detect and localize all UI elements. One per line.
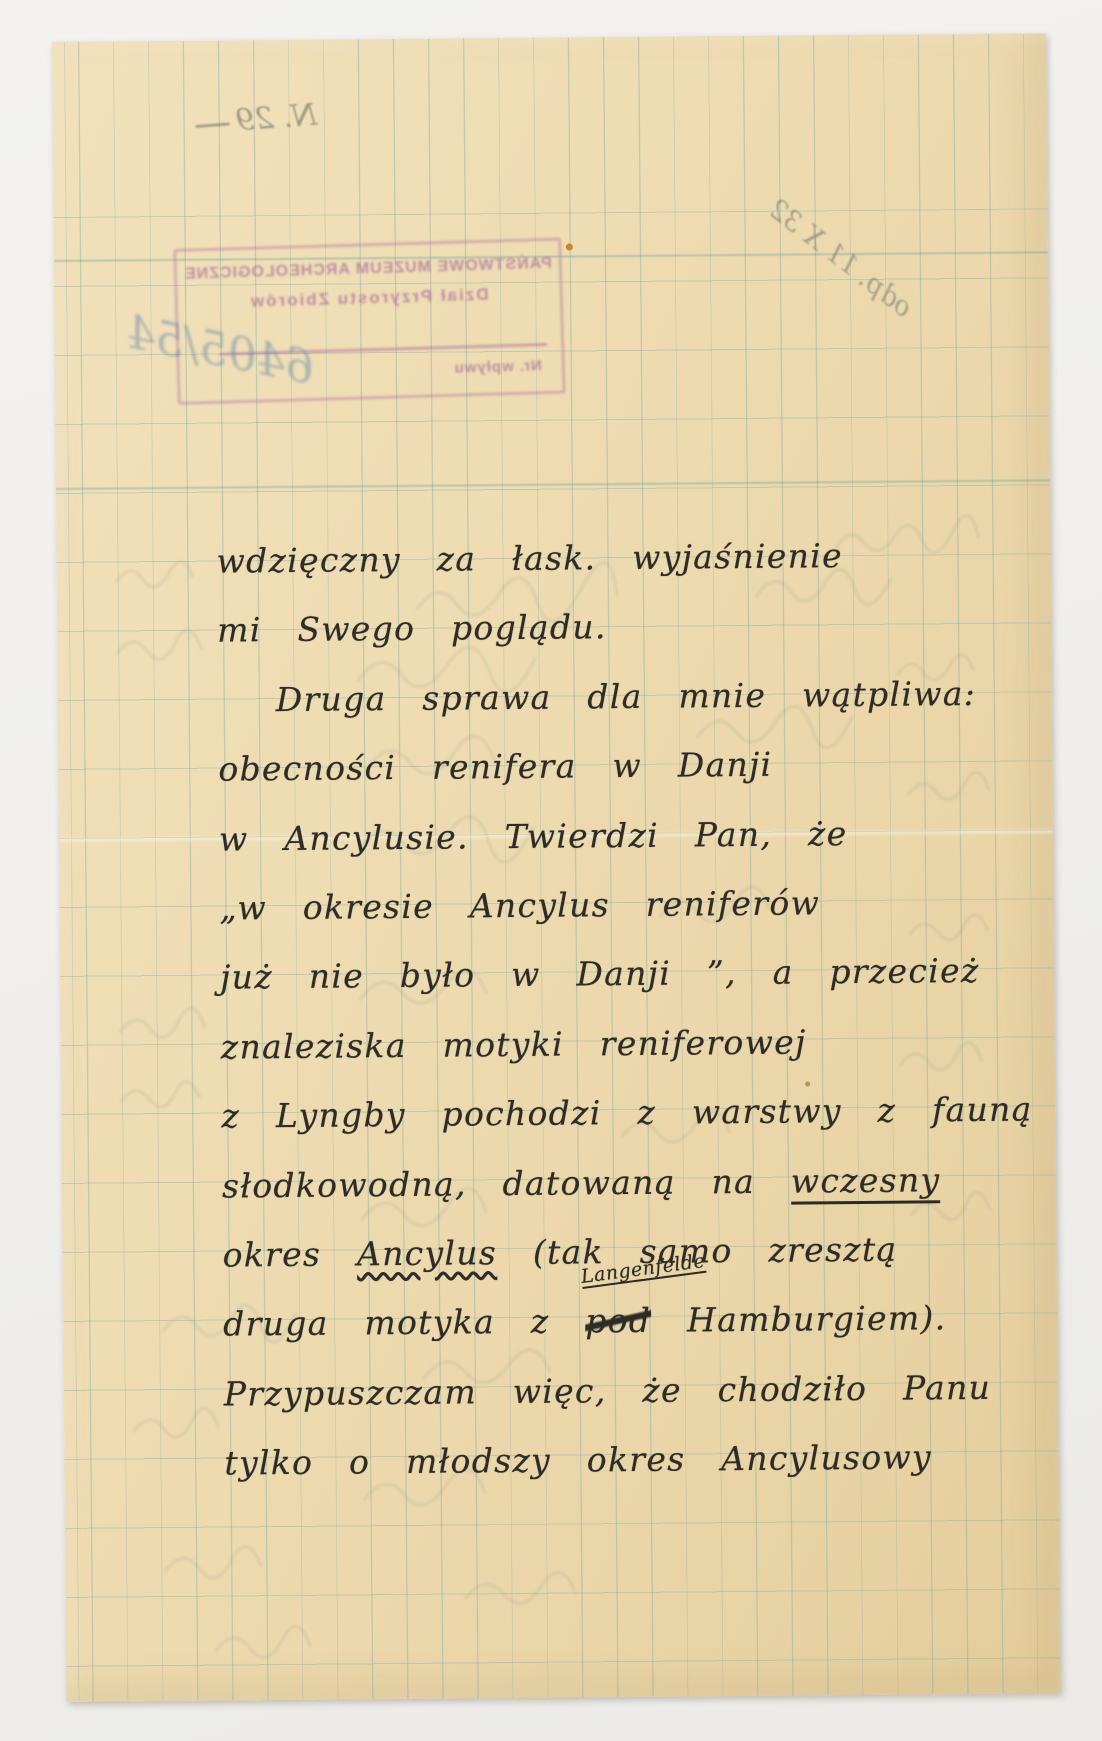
ghost-writing-layer	[52, 33, 1060, 1702]
scan-background: { "page": { "background_color": "#f0efec…	[0, 0, 1102, 1741]
letter-sheet: PAŃSTWOWE MUZEUM ARCHEOLOGICZNE Dział Pr…	[52, 33, 1060, 1702]
